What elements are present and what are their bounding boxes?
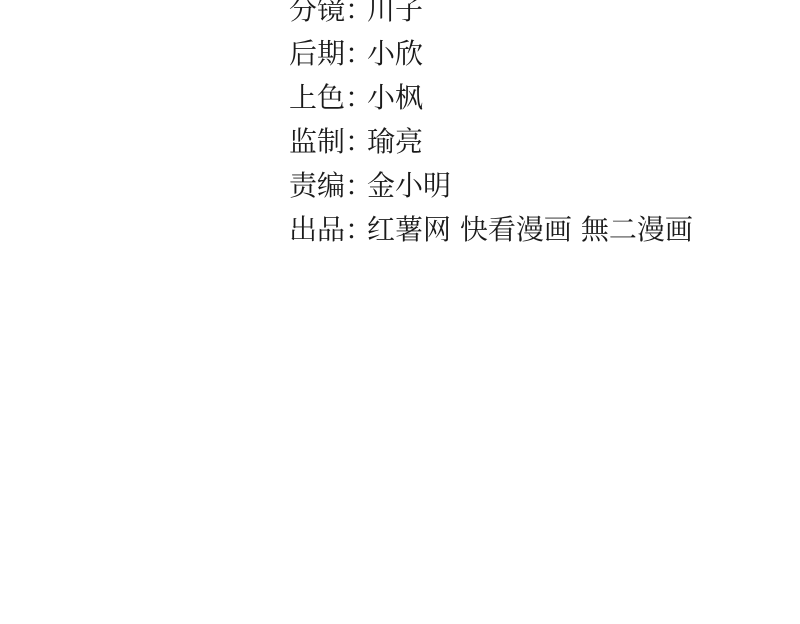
credit-editor: 责编：金小明 <box>289 164 693 208</box>
credit-value: 小欣 <box>367 32 423 76</box>
credit-publisher: 出品：红薯网 快看漫画 無二漫画 <box>289 208 693 252</box>
credit-role-label: 出品 <box>289 208 345 252</box>
credit-coloring: 上色：小枫 <box>289 76 693 120</box>
credit-separator: ： <box>345 208 367 252</box>
credit-supervisor: 监制：瑜亮 <box>289 120 693 164</box>
credit-post-production: 后期：小欣 <box>289 32 693 76</box>
credit-separator: ： <box>345 0 367 32</box>
credit-value: 小枫 <box>367 76 423 120</box>
credit-value: 金小明 <box>367 164 451 208</box>
credit-role-label: 责编 <box>289 164 345 208</box>
credit-separator: ： <box>345 120 367 164</box>
credit-value: 川子 <box>367 0 423 32</box>
credit-storyboard: 分镜：川子 <box>289 0 693 32</box>
credit-role-label: 后期 <box>289 32 345 76</box>
credit-value: 瑜亮 <box>367 120 423 164</box>
credit-value: 红薯网 快看漫画 無二漫画 <box>367 208 693 252</box>
credits-list: 分镜：川子 后期：小欣 上色：小枫 监制：瑜亮 责编：金小明 出品：红薯网 快看… <box>289 0 693 252</box>
credit-role-label: 分镜 <box>289 0 345 32</box>
credit-role-label: 上色 <box>289 76 345 120</box>
credit-separator: ： <box>345 76 367 120</box>
credit-role-label: 监制 <box>289 120 345 164</box>
credit-separator: ： <box>345 32 367 76</box>
credit-separator: ： <box>345 164 367 208</box>
